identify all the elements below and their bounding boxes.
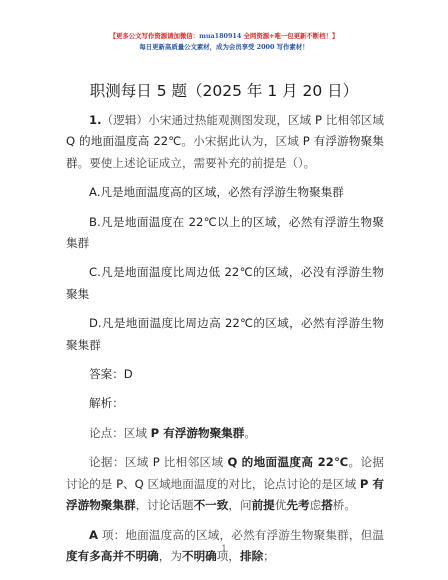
stem-text: Q 的地面温度高 22℃ (66, 134, 181, 148)
answer-line: 答案：D (66, 364, 384, 385)
option-c: C.凡是地面温度比周边低 22℃的区域，必没有浮游生物聚集 (66, 262, 384, 305)
promo-line-2: 每日更新高质量公文素材，成为会员享受 2000 写作素材！ (0, 42, 448, 53)
document-body: 1.（逻辑）小宋通过热能观测图发现，区域 P 比相邻区域 Q 的地面温度高 22… (66, 110, 384, 575)
analysis-option-key: A (89, 528, 98, 542)
answer-value: D (124, 367, 133, 381)
question-stem: 1.（逻辑）小宋通过热能观测图发现，区域 P 比相邻区域 Q 的地面温度高 22… (66, 110, 384, 174)
option-key: B. (89, 215, 101, 229)
option-text: 凡是地面温度比周边低 22℃的区域，必没有浮游生物聚集 (66, 265, 384, 300)
evidence-text: 桥。 (333, 498, 356, 512)
page-number: 1 (0, 544, 448, 553)
analysis-evidence: 论据：区域 P 比相邻区域 Q 的地面温度高 22℃。论据讨论的是 P、Q 区域… (66, 452, 384, 516)
option-a: A.凡是地面温度高的区域，必然有浮游生物聚集群 (66, 182, 384, 203)
claim-text: 。 (244, 426, 256, 440)
evidence-text: 搭 (321, 498, 333, 512)
option-text: 凡是地面温度比周边高 22℃的区域，必然有浮游生物聚集群 (66, 316, 384, 351)
claim-text: P 有浮游物聚集群 (151, 426, 245, 440)
evidence-label: 论据： (89, 455, 125, 469)
analysis-option-text: 项：地面温度高的区域，必然有浮游生物聚集群，但温 (98, 528, 384, 542)
evidence-text: P (153, 455, 160, 469)
evidence-text: 不一致 (194, 498, 229, 512)
evidence-text: P、Q (116, 477, 144, 491)
stem-text: 比相邻区域 (322, 113, 384, 127)
promo-line-1-suffix: 全网资源+唯一包更新不断档！】 (241, 32, 338, 40)
evidence-text: 比相邻区域 (160, 455, 228, 469)
evidence-text: 优 (275, 498, 287, 512)
evidence-text: 区域地面温度的对比，论点讨论的是区域 (144, 477, 360, 491)
promo-line-1: 【更多公文写作资源请加微信：mua180914 全网资源+唯一包更新不断档！】 (0, 31, 448, 42)
answer-label: 答案： (89, 367, 124, 381)
option-b: B.凡是地面温度在 22℃以上的区域，必然有浮游生物聚集群 (66, 212, 384, 255)
stem-text: 。要使上述论证成立，需要补充的前提是（）。 (78, 156, 316, 170)
option-key: C. (89, 265, 101, 279)
option-key: D. (89, 316, 102, 330)
stem-text: 小宋通过热能观测图发现，区域 (148, 113, 315, 127)
evidence-text: 虑 (310, 498, 322, 512)
evidence-text: ，讨论话题 (136, 498, 194, 512)
promo-header: 【更多公文写作资源请加微信：mua180914 全网资源+唯一包更新不断档！】 … (0, 31, 448, 53)
option-d: D.凡是地面温度比周边高 22℃的区域，必然有浮游生物聚集群 (66, 313, 384, 356)
stem-text: P (315, 113, 322, 127)
question-category: （逻辑） (101, 113, 148, 127)
claim-text: 区域 (124, 426, 151, 440)
option-key: A. (89, 185, 100, 199)
question-number: 1. (89, 113, 101, 127)
document-page: 【更多公文写作资源请加微信：mua180914 全网资源+唯一包更新不断档！】 … (0, 0, 448, 580)
analysis-heading: 解析： (66, 393, 384, 414)
option-text: 凡是地面温度高的区域，必然有浮游生物聚集群 (100, 185, 343, 199)
evidence-text: 前提 (252, 498, 275, 512)
claim-label: 论点： (89, 426, 124, 440)
stem-text: 。小宋据此认为，区域 (181, 134, 302, 148)
evidence-text: ，问 (228, 498, 251, 512)
promo-line-1-prefix: 【更多公文写作资源请加微信： (110, 32, 199, 40)
evidence-text: 先考 (286, 498, 309, 512)
page-title: 职测每日 5 题（2025 年 1 月 20 日） (0, 80, 448, 102)
evidence-text: 区域 (125, 455, 153, 469)
evidence-text: Q 的地面温度高 22℃ (227, 455, 348, 469)
option-text: 凡是地面温度在 22℃以上的区域，必然有浮游生物聚集群 (66, 215, 384, 250)
promo-contact-id: mua180914 (199, 32, 241, 40)
analysis-claim: 论点：区域 P 有浮游物聚集群。 (66, 423, 384, 444)
